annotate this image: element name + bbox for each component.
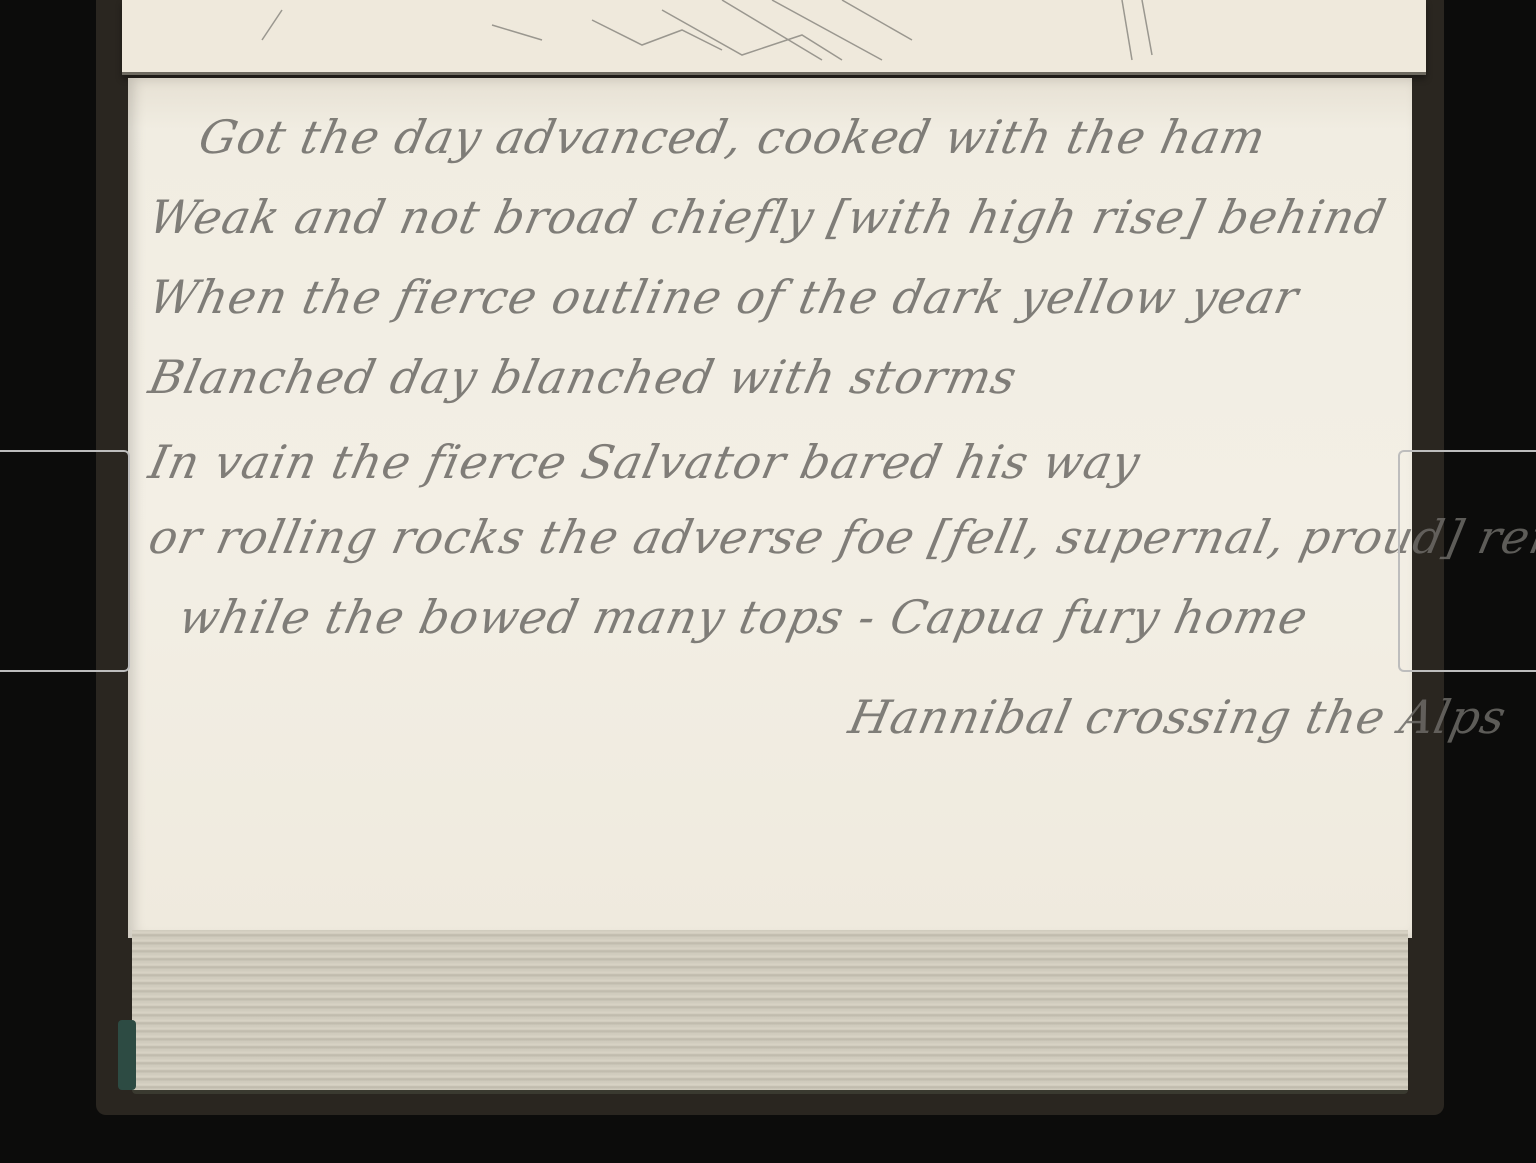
left-wire-clip [0, 450, 130, 672]
verse-line-3: When the fierce outline of the dark yell… [144, 270, 1304, 324]
verse-line-2: Weak and not broad chiefly [with high ri… [144, 190, 1391, 244]
previous-page-sketch [122, 0, 1426, 75]
verse-line-7: while the bowed many tops - Capua fury h… [174, 590, 1313, 644]
verse-line-6: or rolling rocks the adverse foe [fell, … [144, 510, 1536, 564]
landscape-sketch-icon [122, 0, 1426, 72]
verse-line-1: Got the day advanced, cooked with the ha… [194, 110, 1271, 164]
verse-caption: Hannibal crossing the Alps [844, 690, 1511, 744]
right-wire-clip [1398, 450, 1536, 672]
verse-line-5: In vain the fierce Salvator bared his wa… [144, 435, 1145, 489]
verse-line-4: Blanched day blanched with storms [144, 350, 1022, 404]
page-edges [132, 930, 1408, 1094]
cover-corner [118, 1020, 136, 1090]
